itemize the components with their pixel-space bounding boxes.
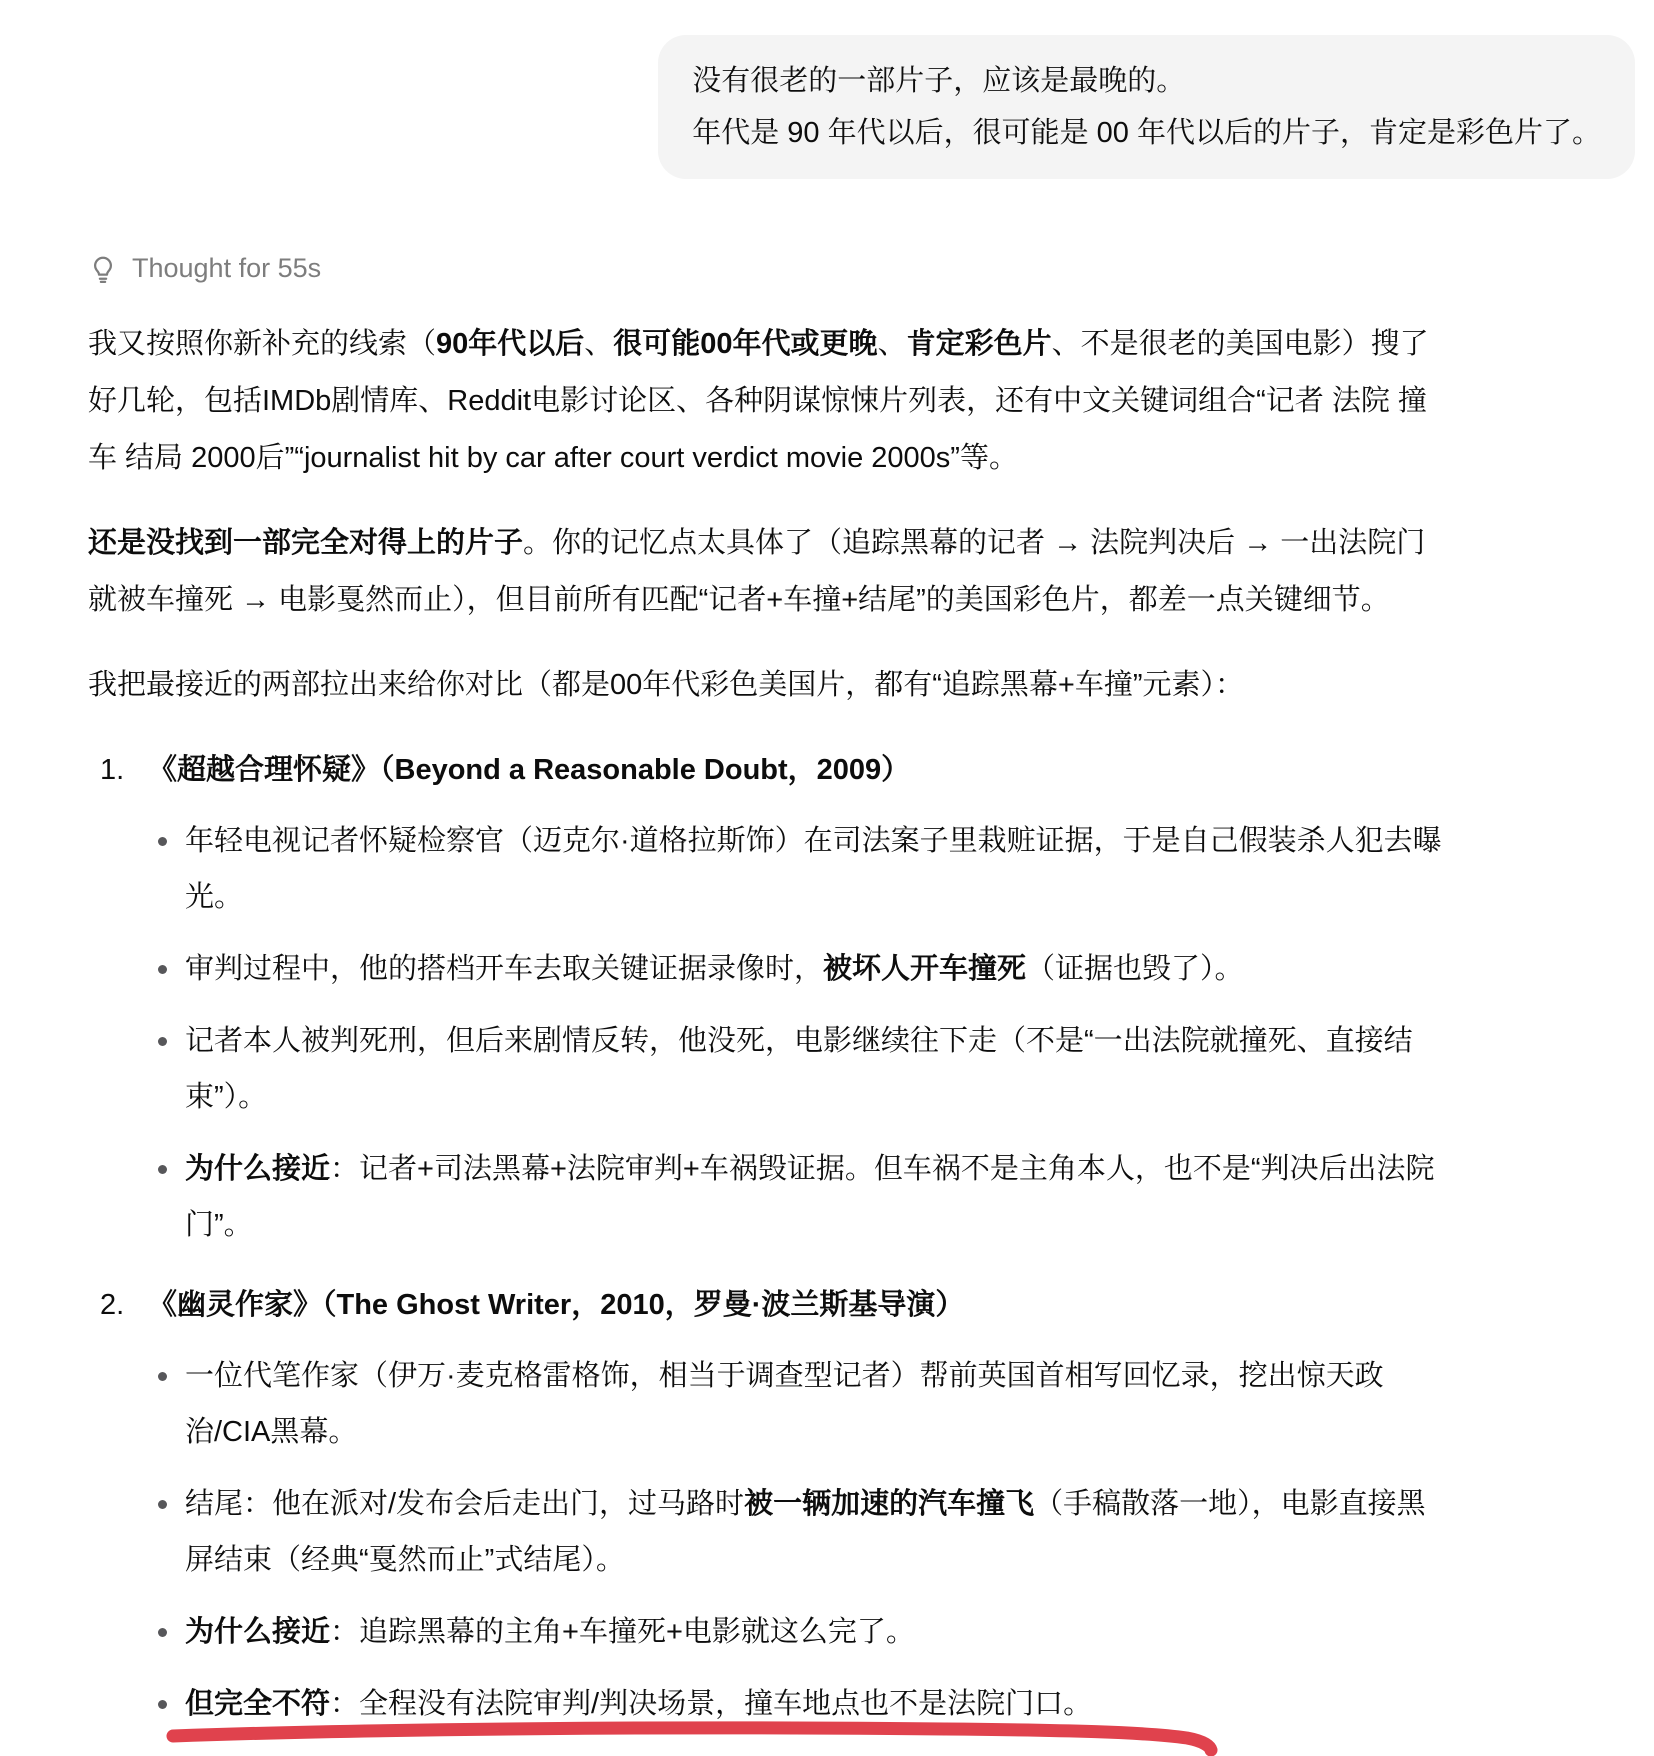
- bullet-text: 结尾：他在派对/发布会后走出门，过马路时被一辆加速的汽车撞飞（手稿散落一地），电…: [185, 1476, 1448, 1588]
- assistant-paragraph: 我把最接近的两部拉出来给你对比（都是00年代彩色美国片，都有“追踪黑幕+车撞”元…: [88, 657, 1448, 714]
- bold-text: 90年代以后: [436, 328, 584, 360]
- bullet-list: 年轻电视记者怀疑检察官（迈克尔·道格拉斯饰）在司法案子里栽赃证据，于是自己假装杀…: [88, 813, 1448, 1253]
- bullet-item: 结尾：他在派对/发布会后走出门，过马路时被一辆加速的汽车撞飞（手稿散落一地），电…: [185, 1476, 1448, 1588]
- bold-text: 《幽灵作家》（The Ghost Writer，2010，罗曼·波兰斯基导演）: [148, 1289, 964, 1321]
- bullet-icon: [158, 1500, 167, 1509]
- thought-label: Thought for 55s: [132, 253, 321, 284]
- bold-text: 肯定彩色片: [907, 328, 1052, 360]
- bold-text: 被坏人开车撞死: [823, 953, 1026, 985]
- bullet-text: 年轻电视记者怀疑检察官（迈克尔·道格拉斯饰）在司法案子里栽赃证据，于是自己假装杀…: [185, 813, 1448, 925]
- bullet-text: 审判过程中，他的搭档开车去取关键证据录像时，被坏人开车撞死（证据也毁了）。: [185, 941, 1448, 997]
- bullet-icon: [158, 965, 167, 974]
- bullet-icon: [158, 837, 167, 846]
- bullet-icon: [158, 1628, 167, 1637]
- bullet-list: 一位代笔作家（伊万·麦克格雷格饰，相当于调查型记者）帮前英国首相写回忆录，挖出惊…: [88, 1348, 1448, 1732]
- bold-text: 但完全不符: [185, 1688, 330, 1720]
- bullet-text: 记者本人被判死刑，但后来剧情反转，他没死，电影继续往下走（不是“一出法院就撞死、…: [185, 1013, 1448, 1125]
- bullet-text: 一位代笔作家（伊万·麦克格雷格饰，相当于调查型记者）帮前英国首相写回忆录，挖出惊…: [185, 1348, 1448, 1460]
- bullet-text: 为什么接近：追踪黑幕的主角+车撞死+电影就这么完了。: [185, 1604, 1448, 1660]
- list-item-number: 2.: [100, 1277, 124, 1334]
- bullet-icon: [158, 1700, 167, 1709]
- user-message-row: 没有很老的一部片子，应该是最晚的。 年代是 90 年代以后，很可能是 00 年代…: [0, 0, 1654, 179]
- chat-page: 没有很老的一部片子，应该是最晚的。 年代是 90 年代以后，很可能是 00 年代…: [0, 0, 1654, 1756]
- bullet-item: 审判过程中，他的搭档开车去取关键证据录像时，被坏人开车撞死（证据也毁了）。: [185, 941, 1448, 997]
- user-message-line-1: 没有很老的一部片子，应该是最晚的。: [692, 55, 1601, 107]
- assistant-paragraph: 我又按照你新补充的线索（90年代以后、很可能00年代或更晚、肯定彩色片、不是很老…: [88, 316, 1448, 487]
- bold-text: 很可能00年代或更晚: [613, 328, 877, 360]
- bullet-text: 为什么接近：记者+司法黑幕+法院审判+车祸毁证据。但车祸不是主角本人，也不是“判…: [185, 1141, 1448, 1253]
- list-item: 1.《超越合理怀疑》（Beyond a Reasonable Doubt，200…: [88, 742, 1448, 1253]
- bold-text: 为什么接近: [185, 1616, 330, 1648]
- bullet-icon: [158, 1372, 167, 1381]
- bold-text: 还是没找到一部完全对得上的片子: [88, 527, 523, 559]
- bold-text: 为什么接近: [185, 1153, 330, 1185]
- list-item-title: 《幽灵作家》（The Ghost Writer，2010，罗曼·波兰斯基导演）: [148, 1277, 1448, 1334]
- bullet-item: 为什么接近：追踪黑幕的主角+车撞死+电影就这么完了。: [185, 1604, 1448, 1660]
- bullet-item: 但完全不符：全程没有法院审判/判决场景，撞车地点也不是法院门口。: [185, 1676, 1448, 1732]
- bullet-icon: [158, 1165, 167, 1174]
- user-message-bubble: 没有很老的一部片子，应该是最晚的。 年代是 90 年代以后，很可能是 00 年代…: [658, 35, 1635, 179]
- user-message-line-2: 年代是 90 年代以后，很可能是 00 年代以后的片子，肯定是彩色片了。: [692, 107, 1601, 159]
- list-item: 2.《幽灵作家》（The Ghost Writer，2010，罗曼·波兰斯基导演…: [88, 1277, 1448, 1732]
- assistant-paragraph: 还是没找到一部完全对得上的片子。你的记忆点太具体了（追踪黑幕的记者 → 法院判决…: [88, 515, 1448, 629]
- bullet-text: 但完全不符：全程没有法院审判/判决场景，撞车地点也不是法院门口。: [185, 1676, 1448, 1732]
- bullet-icon: [158, 1037, 167, 1046]
- list-item-title: 《超越合理怀疑》（Beyond a Reasonable Doubt，2009）: [148, 742, 1448, 799]
- list-item-number: 1.: [100, 742, 124, 799]
- bold-text: 被一辆加速的汽车撞飞: [744, 1488, 1034, 1520]
- bold-text: 《超越合理怀疑》（Beyond a Reasonable Doubt，2009）: [148, 754, 910, 786]
- ordered-list: 1.《超越合理怀疑》（Beyond a Reasonable Doubt，200…: [88, 742, 1448, 1732]
- bullet-item: 为什么接近：记者+司法黑幕+法院审判+车祸毁证据。但车祸不是主角本人，也不是“判…: [185, 1141, 1448, 1253]
- thought-header[interactable]: Thought for 55s: [88, 253, 321, 284]
- bullet-item: 一位代笔作家（伊万·麦克格雷格饰，相当于调查型记者）帮前英国首相写回忆录，挖出惊…: [185, 1348, 1448, 1460]
- lightbulb-icon: [88, 254, 118, 284]
- bullet-item: 记者本人被判死刑，但后来剧情反转，他没死，电影继续往下走（不是“一出法院就撞死、…: [185, 1013, 1448, 1125]
- assistant-message: 我又按照你新补充的线索（90年代以后、很可能00年代或更晚、肯定彩色片、不是很老…: [88, 316, 1448, 1732]
- bullet-item: 年轻电视记者怀疑检察官（迈克尔·道格拉斯饰）在司法案子里栽赃证据，于是自己假装杀…: [185, 813, 1448, 925]
